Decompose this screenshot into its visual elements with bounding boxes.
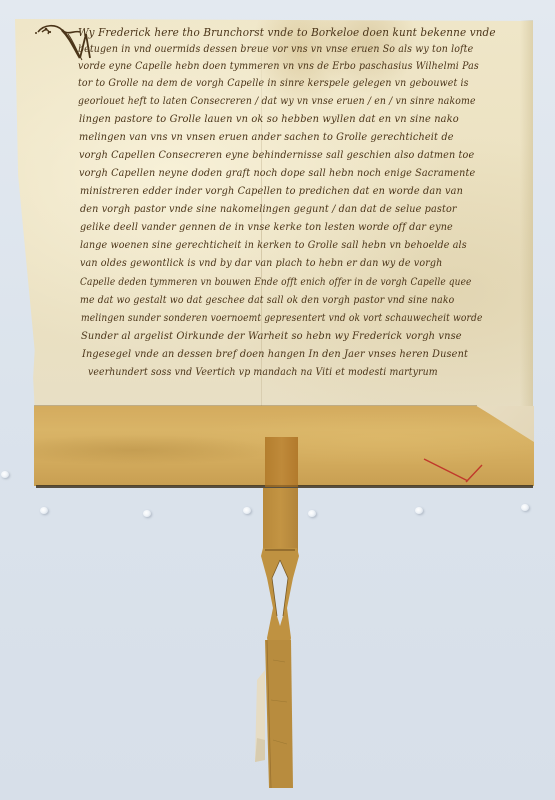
text-line: melingen van vns vn vnsen eruen ander sa… xyxy=(79,131,454,143)
text-line: ministreren edder inder vorgh Capellen t… xyxy=(80,185,463,197)
text-line: Capelle deden tymmeren vn bouwen Ende of… xyxy=(80,276,472,288)
text-line: betugen in vnd ouermids dessen breue vor… xyxy=(78,43,473,55)
text-line: tor to Grolle na dem de vorgh Capelle in… xyxy=(78,77,469,89)
mounting-pin xyxy=(308,510,316,517)
mounting-pin xyxy=(1,471,9,478)
text-line: van oldes gewontlick is vnd by dar van p… xyxy=(80,257,442,269)
seal-tag-tail xyxy=(253,640,295,790)
seal-tag-upper xyxy=(265,437,298,487)
mounting-pin xyxy=(143,510,151,517)
text-line: vorgh Capellen neyne doden graft noch do… xyxy=(79,167,475,179)
text-line: vorde eyne Capelle hebn doen tymmeren vn… xyxy=(78,60,479,72)
mounting-pin xyxy=(243,507,251,514)
text-line: gelike deell vander gennen de in vnse ke… xyxy=(80,221,453,233)
text-line: Ingesegel vnde an dessen bref doen hange… xyxy=(82,348,468,360)
text-line: den vorgh pastor vnde sine nakomelingen … xyxy=(80,203,457,215)
text-line: me dat wo gestalt wo dat geschee dat sal… xyxy=(80,294,454,306)
text-line: Wy Frederick here tho Brunchorst vnde to… xyxy=(78,26,496,39)
mounting-pin xyxy=(40,507,48,514)
text-line: melingen sunder sonderen voernoemt gepre… xyxy=(81,312,482,324)
text-line: lingen pastore to Grolle lauen vn ok so … xyxy=(79,113,459,125)
parchment-edge xyxy=(520,20,533,415)
seal-tag-strip xyxy=(263,488,298,553)
mounting-pin xyxy=(415,507,423,514)
text-line: Sunder al argelist Oirkunde der Warheit … xyxy=(81,330,462,342)
plica-fold-line xyxy=(34,405,477,406)
text-line: vorgh Capellen Consecreren eyne behinder… xyxy=(79,149,474,161)
text-line: veerhundert soss vnd Veertich vp mandach… xyxy=(88,366,438,378)
mounting-pin xyxy=(521,504,529,511)
document-scan: Wy Frederick here tho Brunchorst vnde to… xyxy=(0,0,555,800)
seal-tag-woven-slit xyxy=(255,548,305,648)
red-check-mark-icon xyxy=(420,455,490,490)
text-line: georlouet heft to laten Consecreren / da… xyxy=(78,95,476,107)
text-line: lange woenen sine gerechticheit in kerke… xyxy=(80,239,467,251)
